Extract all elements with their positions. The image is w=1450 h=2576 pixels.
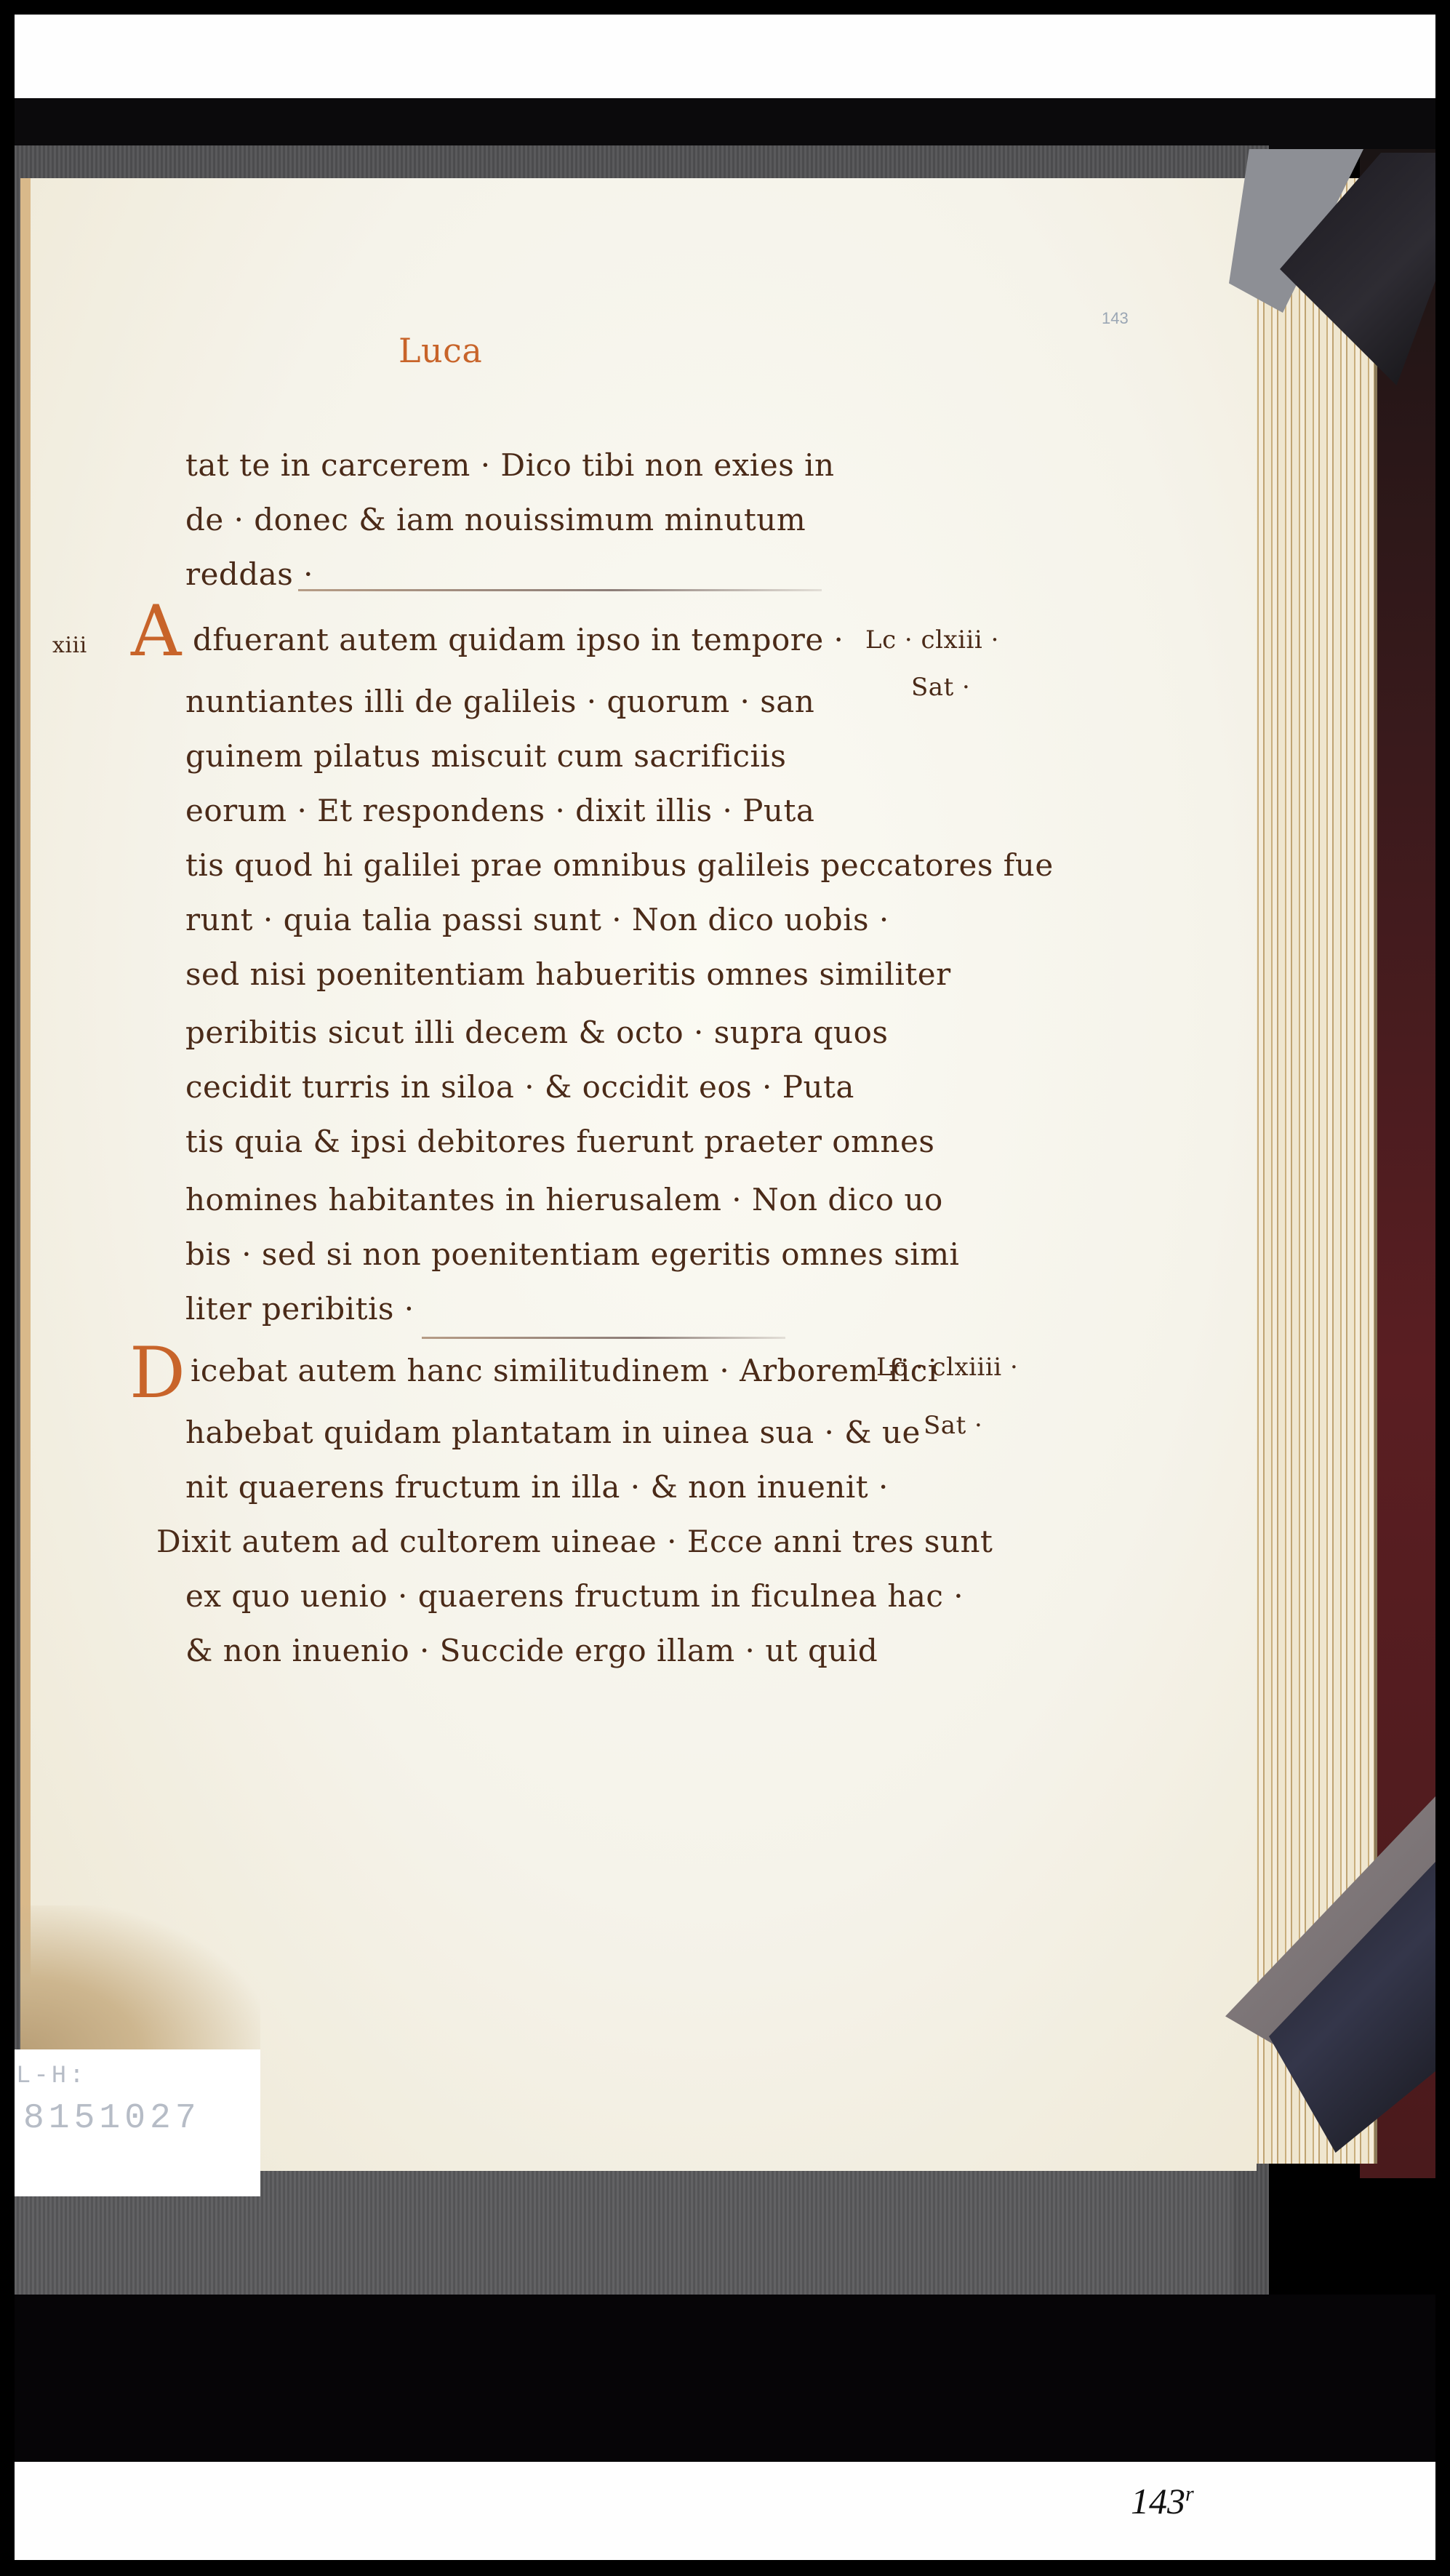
text-line: nuntiantes illi de galileis · quorum · s… — [185, 684, 814, 719]
text-line: de · donec & iam nouissimum minutum — [185, 502, 806, 537]
text-line: tat te in carcerem · Dico tibi non exies… — [185, 447, 835, 483]
scan-bottom-margin — [15, 2462, 1435, 2560]
catalog-folio-number: 143r — [1131, 2480, 1194, 2522]
sticker-line-1: L-H: — [16, 2063, 87, 2090]
text-line: & non inuenio · Succide ergo illam · ut … — [185, 1633, 878, 1668]
text-line: nit quaerens fructum in illa · & non inu… — [185, 1469, 889, 1505]
page-corner-stain — [20, 1905, 260, 2051]
running-head: Luca — [398, 331, 482, 370]
text-line: habebat quidam plantatam in uinea sua · … — [185, 1415, 921, 1450]
paragraph-rule — [422, 1337, 785, 1339]
library-sticker: L-H: 8151027 — [15, 2049, 260, 2196]
text-line: runt · quia talia passi sunt · Non dico … — [185, 902, 889, 937]
decorated-initial-d: D — [129, 1338, 185, 1408]
text-line: reddas · — [185, 556, 313, 592]
text-line: tis quia & ipsi debitores fuerunt praete… — [185, 1124, 934, 1159]
scan-top-background — [15, 98, 1435, 149]
margin-note-sat: Sat · — [911, 673, 970, 702]
text-line: peribitis sicut illi decem & octo · supr… — [185, 1015, 888, 1050]
scan-bottom-background — [15, 2295, 1435, 2462]
folio-number: 143 — [1131, 2481, 1185, 2521]
text-line: guinem pilatus miscuit cum sacrificiis — [185, 738, 786, 774]
text-line: ex quo uenio · quaerens fructum in ficul… — [185, 1578, 964, 1614]
text-line: dfuerant autem quidam ipso in tempore · — [193, 622, 844, 657]
folio-suffix: r — [1185, 2481, 1194, 2505]
text-line: bis · sed si non poenitentiam egeritis o… — [185, 1236, 959, 1272]
decorated-initial-a: A — [131, 596, 182, 666]
scan-top-margin — [15, 15, 1435, 98]
text-line: icebat autem hanc similitudinem · Arbore… — [191, 1353, 938, 1388]
text-line: Dixit autem ad cultorem uineae · Ecce an… — [156, 1524, 993, 1559]
pencil-folio-number: 143 — [1102, 309, 1129, 328]
text-line: eorum · Et respondens · dixit illis · Pu… — [185, 793, 814, 828]
margin-note-sat: Sat · — [924, 1411, 982, 1440]
sticker-line-2: 8151027 — [23, 2099, 201, 2138]
text-line: homines habitantes in hierusalem · Non d… — [185, 1182, 943, 1217]
text-line: cecidit turris in siloa · & occidit eos … — [185, 1069, 854, 1105]
margin-note-lection: Lc · clxiii · — [865, 625, 999, 655]
text-line: tis quod hi galilei prae omnibus galilei… — [185, 847, 1054, 883]
paragraph-rule — [298, 589, 822, 591]
text-line: sed nisi poenitentiam habueritis omnes s… — [185, 956, 951, 992]
page-fore-edge — [1251, 178, 1377, 2164]
section-number: xiii — [52, 633, 87, 658]
text-line: liter peribitis · — [185, 1291, 414, 1327]
